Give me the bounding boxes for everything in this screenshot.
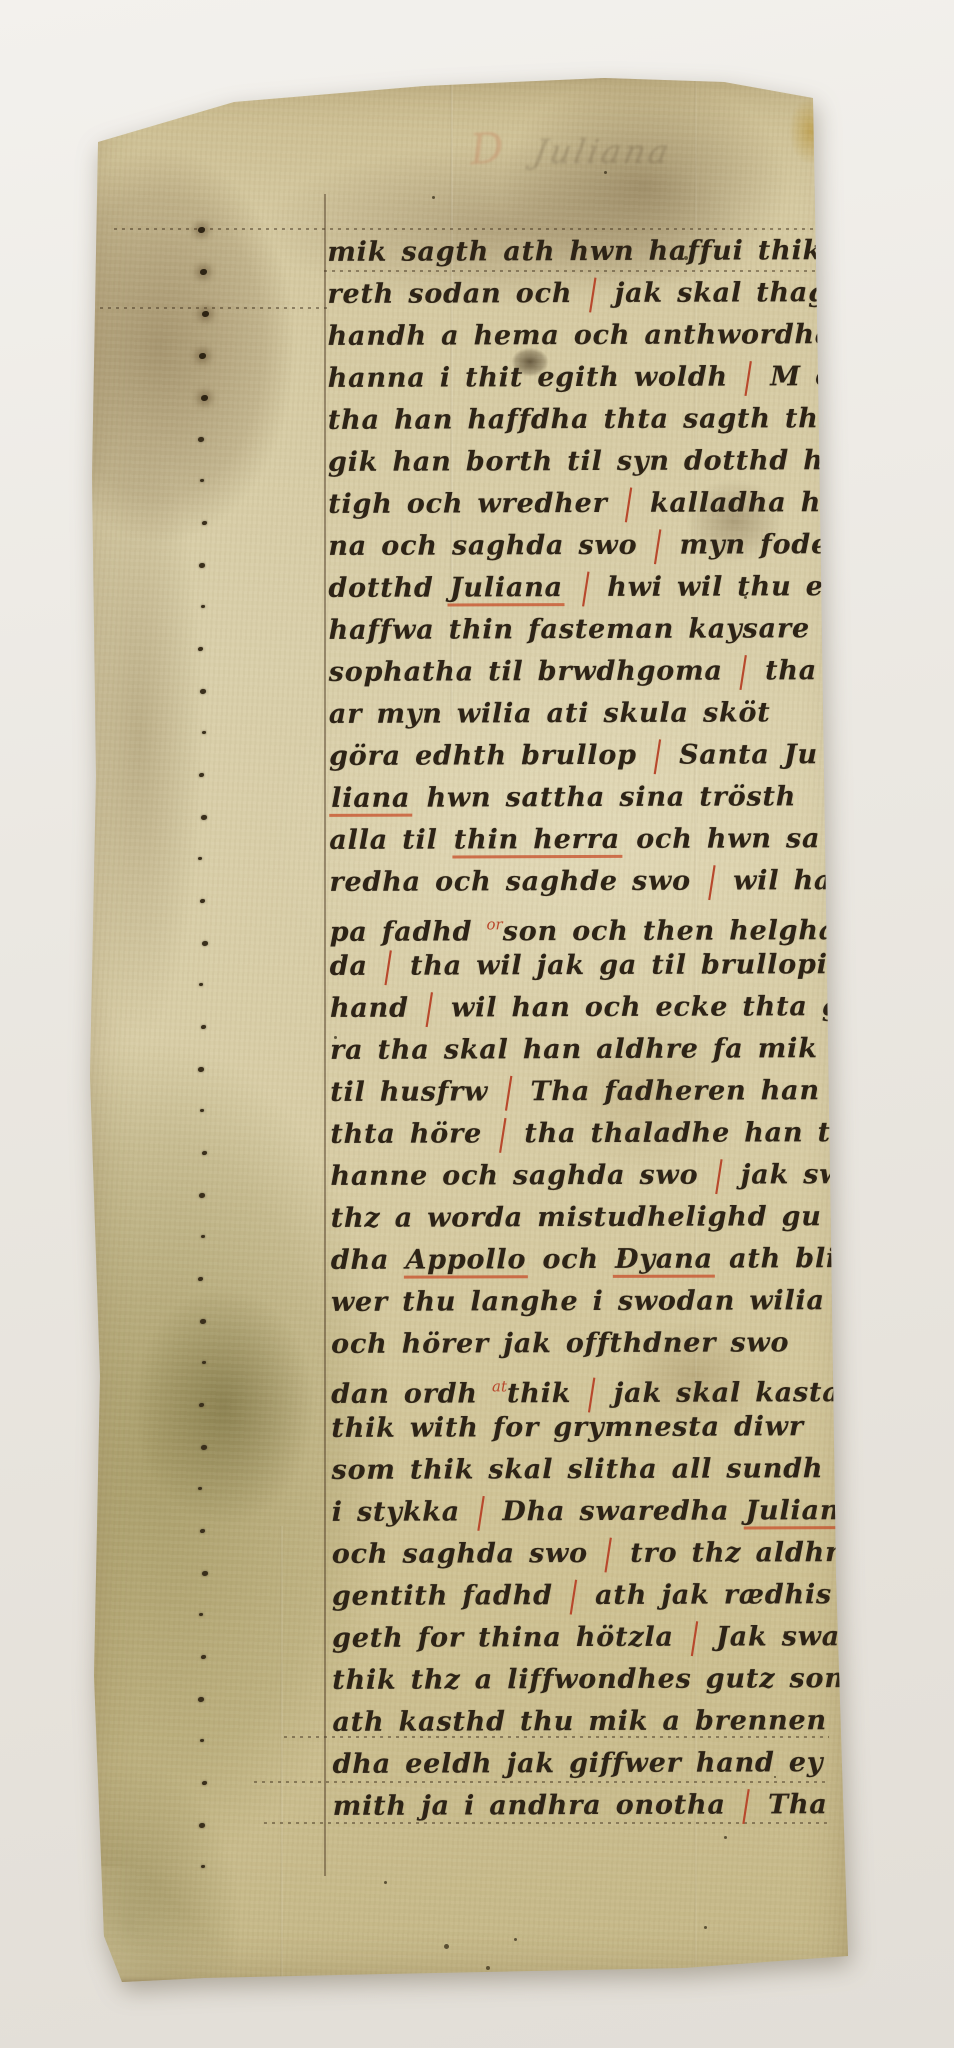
manuscript-line: redha och saghde swo | wil han t xyxy=(329,860,849,904)
ink-speck xyxy=(622,1256,626,1260)
ink-text: thz a worda mistudhelighd gu xyxy=(331,1201,822,1234)
leaf-shadow-wrap: D Juliana mik sagth ath hwn haffui thik … xyxy=(0,0,954,2048)
pricking-hole xyxy=(200,1739,204,1742)
ink-text: jak skal thagho xyxy=(600,277,852,309)
pricking-hole xyxy=(200,689,206,694)
ink-text: sophatha til brwdhgoma xyxy=(329,655,737,687)
pricking-hole xyxy=(200,479,204,482)
ink-text: handh a hema och anthwordha xyxy=(328,319,834,352)
ruled-dotted-line xyxy=(92,307,327,309)
manuscript-line: och saghda swo | tro thz aldhre a xyxy=(332,1532,852,1576)
ink-text: och xyxy=(528,1244,613,1275)
ink-text: hwn sattha sina trösth xyxy=(412,781,796,813)
pricking-hole xyxy=(199,983,203,986)
ink-text: tha han haffdha thta sagth tha xyxy=(328,403,837,436)
manuscript-line: tha han haffdha thta sagth tha xyxy=(328,398,848,442)
manuscript-line: mith ja i andhra onotha | Tha xyxy=(333,1784,852,1828)
pricking-hole xyxy=(198,857,202,860)
ink-text: hanna i thit egith woldh xyxy=(328,361,743,393)
ink-text: hwi wil thu ec xyxy=(593,571,841,603)
ink-text: Jak swar xyxy=(702,1621,852,1653)
manuscript-line: hanna i thit egith woldh | M och xyxy=(328,356,848,400)
pricking-hole xyxy=(201,1445,207,1450)
ink-text: göra edhth brullop xyxy=(329,740,651,772)
ink-speck xyxy=(334,1036,337,1039)
photo-backdrop: D Juliana mik sagth ath hwn haffui thik … xyxy=(0,0,954,2048)
ink-text: gik han borth til syn dotthd h xyxy=(328,445,824,478)
ink-text: ath jak rædhis no xyxy=(581,1579,852,1611)
ink-text: dan ordh xyxy=(331,1378,492,1410)
manuscript-text-block: mik sagth ath hwn haffui thik swreth sod… xyxy=(327,230,852,1828)
ink-text: tigh och wredher xyxy=(328,488,622,520)
pricking-hole xyxy=(202,1571,208,1576)
ink-text: thta höre xyxy=(330,1118,496,1150)
ink-text: ra tha skal han aldhre fa mik xyxy=(330,1033,818,1066)
ink-text: haffwa thin fasteman kaysare xyxy=(329,613,810,646)
pricking-hole xyxy=(201,1025,206,1029)
pricking-hole xyxy=(201,395,208,401)
manuscript-line: hand | wil han och ecke thta gö xyxy=(330,986,850,1030)
corner-fold-highlight xyxy=(94,1866,244,1982)
ink-text: tha wil jak ga til brullopin xyxy=(396,949,848,982)
ink-text: hanne och saghda swo xyxy=(330,1160,712,1192)
crease-line xyxy=(280,1526,283,1982)
manuscript-line: alla til thin herra och hwn sa xyxy=(329,818,849,862)
ink-text: tro thz aldhre a xyxy=(616,1537,852,1569)
ink-text: reth sodan och xyxy=(327,278,586,310)
pricking-hole xyxy=(199,773,204,777)
ink-speck xyxy=(744,596,747,599)
manuscript-line: geth for thina hötzla | Jak swar xyxy=(332,1616,852,1660)
pricking-hole xyxy=(202,521,207,525)
pricking-hole xyxy=(200,899,205,903)
manuscript-line: hanne och saghda swo | jak swa xyxy=(330,1154,850,1198)
ink-text: wil han och ecke thta gö xyxy=(437,991,852,1023)
ink-speck xyxy=(774,1776,776,1778)
pricking-hole xyxy=(202,1361,206,1364)
ink-text xyxy=(565,572,579,603)
text-column-ruling-line xyxy=(324,194,326,1876)
red-underlined-word: Dyana xyxy=(613,1244,715,1278)
ink-text: alla til xyxy=(329,824,452,855)
ink-text: som thik skal slitha all sundh xyxy=(331,1453,823,1486)
ink-text: tha xyxy=(751,655,817,686)
manuscript-line: dha Appollo och Dyana ath bli xyxy=(331,1238,851,1282)
pricking-hole xyxy=(200,1109,204,1112)
manuscript-line: och hörer jak offthdner swo xyxy=(331,1322,851,1366)
ink-text: och hwn sa xyxy=(622,823,820,855)
ink-text: geth for thina hötzla xyxy=(332,1622,688,1654)
manuscript-line: wer thu langhe i swodan wilia xyxy=(331,1280,851,1324)
manuscript-line: thik thz a liffwondhes gutz son | xyxy=(332,1658,852,1702)
pricking-hole xyxy=(199,353,206,359)
ink-text: hand xyxy=(330,993,423,1024)
manuscript-line: dan ordh atthik | jak skal kasta xyxy=(331,1364,851,1408)
ink-speck xyxy=(724,1836,727,1839)
ink-text: dha xyxy=(331,1245,404,1276)
pricking-hole xyxy=(198,1487,202,1490)
ink-text: na och saghda swo xyxy=(328,530,651,562)
ink-text: mith ja i andhra onotha xyxy=(333,1789,740,1821)
pricking-hole xyxy=(199,1403,204,1407)
ghost-header: D Juliana xyxy=(464,122,764,182)
interlinear-insertion: at xyxy=(492,1377,507,1395)
ink-text: myn fodesta xyxy=(665,529,852,561)
pricking-hole xyxy=(200,269,207,275)
ink-text: thik thz a liffwondhes gutz son xyxy=(332,1663,852,1696)
ink-speck xyxy=(684,256,688,260)
manuscript-line: liana hwn sattha sina trösth xyxy=(329,776,849,820)
manuscript-line: pa fadhd orson och then helgha an xyxy=(330,902,850,946)
ink-text: pa fadhd xyxy=(330,916,487,948)
manuscript-line: gik han borth til syn dotthd h xyxy=(328,440,848,484)
red-underlined-word: liana xyxy=(329,783,412,817)
pricking-hole xyxy=(201,1235,205,1238)
ink-speck xyxy=(704,1926,707,1929)
ink-speck xyxy=(784,1631,787,1634)
ink-text: redha och saghde swo xyxy=(329,866,705,898)
ink-text: jak skal kasta xyxy=(599,1377,840,1409)
pricking-hole xyxy=(202,941,208,946)
pricking-hole xyxy=(201,815,207,820)
ink-text: gentith fadhd xyxy=(332,1580,567,1612)
pricking-hole xyxy=(199,1613,203,1616)
ink-text: wer thu langhe i swodan wilia xyxy=(331,1285,825,1318)
pricking-hole xyxy=(201,1655,206,1659)
ink-speck xyxy=(644,1716,646,1718)
ink-text: M och xyxy=(756,361,852,392)
manuscript-line: mik sagth ath hwn haffui thik sw xyxy=(327,230,847,274)
pricking-hole xyxy=(200,1319,206,1324)
manuscript-line: göra edhth brullop | Santa Ju xyxy=(329,734,849,778)
manuscript-line: gentith fadhd | ath jak rædhis no xyxy=(332,1574,852,1618)
pricking-hole xyxy=(202,311,209,317)
manuscript-line: ath kasthd thu mik a brennen xyxy=(332,1700,852,1744)
ink-text: til husfrw xyxy=(330,1076,502,1108)
parchment-leaf: D Juliana mik sagth ath hwn haffui thik … xyxy=(84,76,852,1982)
ink-text: mik sagth ath hwn haffui thik sw xyxy=(327,235,852,268)
pricking-hole xyxy=(202,1151,207,1155)
pricking-hole xyxy=(198,227,205,233)
manuscript-line: thz a worda mistudhelighd gu xyxy=(331,1196,851,1240)
ink-text: Santa Ju xyxy=(665,739,818,771)
ghost-inscription: Juliana xyxy=(531,132,675,171)
pricking-hole xyxy=(202,1781,207,1785)
ink-text: thik with for grymnesta diwr xyxy=(331,1411,804,1444)
ink-speck xyxy=(750,1686,752,1688)
manuscript-line: som thik skal slitha all sundh xyxy=(331,1448,851,1492)
red-underlined-word: Juliana xyxy=(743,1495,852,1529)
ink-speck xyxy=(486,1966,490,1970)
ink-text: och saghda swo xyxy=(332,1538,602,1570)
pricking-hole xyxy=(200,1529,205,1533)
manuscript-line: dha eeldh jak giffwer hand ey xyxy=(332,1742,852,1786)
manuscript-line: reth sodan och | jak skal thagho xyxy=(327,272,847,316)
pricking-hole xyxy=(198,437,204,442)
ink-text: jak swa xyxy=(726,1159,852,1190)
red-underlined-word: Appollo xyxy=(403,1244,528,1278)
ink-text: dha eeldh jak giffwer hand ey xyxy=(333,1747,824,1780)
ink-text: ar myn wilia ati skula sköt xyxy=(329,697,771,730)
ink-text: tha thaladhe han td xyxy=(510,1117,850,1149)
ink-text: kalladha he xyxy=(636,487,840,519)
ink-text: da xyxy=(330,951,382,982)
pricking-hole xyxy=(199,563,205,568)
ink-text: Tha xyxy=(754,1789,828,1820)
ink-text: son och then helgha an xyxy=(503,915,852,947)
ink-speck xyxy=(444,1944,449,1949)
ink-speck xyxy=(514,1938,517,1941)
pricking-hole xyxy=(201,1865,205,1868)
pricking-hole xyxy=(198,647,203,651)
red-underlined-word: thin herra xyxy=(452,824,622,859)
manuscript-line: thta höre | tha thaladhe han td xyxy=(330,1112,850,1156)
pricking-hole xyxy=(202,731,206,734)
red-underlined-word: Juliana xyxy=(448,572,565,606)
manuscript-line: da | tha wil jak ga til brullopin xyxy=(330,944,850,988)
ink-speck xyxy=(432,196,435,199)
ink-text: Dha swaredha xyxy=(488,1495,743,1527)
ink-text: i stykka xyxy=(332,1496,475,1527)
ink-text: Tha fadheren han fi xyxy=(516,1075,852,1107)
manuscript-line: tigh och wredher | kalladha he xyxy=(328,482,848,526)
ink-speck xyxy=(384,1881,387,1884)
ink-text: thik xyxy=(507,1378,586,1409)
pricking-hole xyxy=(198,1697,204,1702)
ink-speck xyxy=(539,1981,542,1982)
manuscript-line: haffwa thin fasteman kaysare xyxy=(329,608,849,652)
ink-speck xyxy=(604,171,607,174)
manuscript-line: i stykka | Dha swaredha Juliana xyxy=(332,1490,852,1534)
ink-text: dotthd xyxy=(328,572,447,603)
pricking-hole xyxy=(199,1193,205,1198)
ink-text: ath kasthd thu mik a brennen xyxy=(332,1705,827,1738)
manuscript-line: sophatha til brwdhgoma | tha xyxy=(329,650,849,694)
ink-text: ath bli xyxy=(715,1243,837,1274)
ink-text: och hörer jak offthdner swo xyxy=(331,1327,789,1360)
pricking-hole xyxy=(198,1067,204,1072)
manuscript-line: ra tha skal han aldhre fa mik xyxy=(330,1028,850,1072)
interlinear-insertion: or xyxy=(486,915,502,933)
manuscript-line: dotthd Juliana | hwi wil thu ec xyxy=(328,566,848,610)
ink-text: wil han t xyxy=(719,865,852,897)
pricking-hole xyxy=(199,1823,205,1828)
manuscript-line: til husfrw | Tha fadheren han fi xyxy=(330,1070,850,1114)
pricking-hole xyxy=(201,605,205,608)
pricking-hole xyxy=(198,1277,203,1281)
manuscript-line: ar myn wilia ati skula sköt xyxy=(329,692,849,736)
ghost-initial-d: D xyxy=(468,123,505,174)
